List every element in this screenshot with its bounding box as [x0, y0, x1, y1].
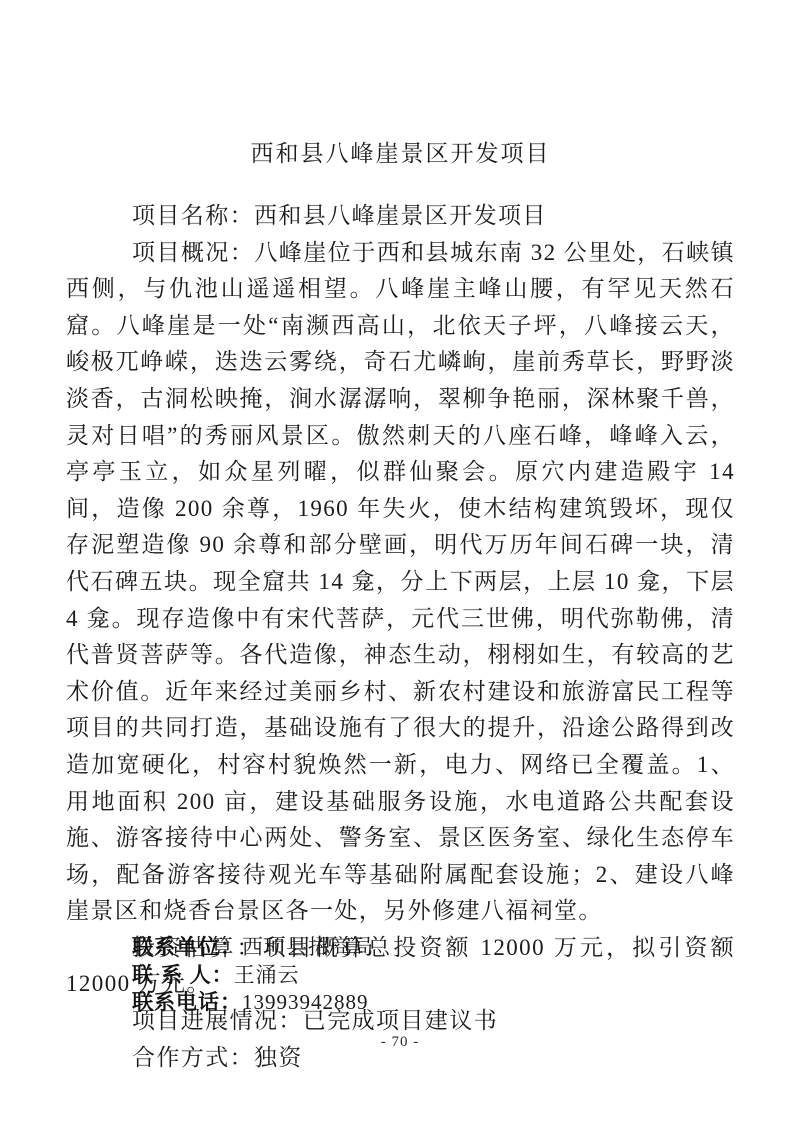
contact-unit-label: 联系单位： [132, 936, 242, 959]
contact-block: 联系单位：西和县招商局 联 系 人：王涌云 联系电话：13993942889 [132, 934, 374, 1017]
page-number: - 70 - [0, 1034, 800, 1051]
contact-phone-value: 13993942889 [242, 990, 369, 1014]
contact-phone-row: 联系电话：13993942889 [132, 989, 374, 1017]
paragraph-project-name: 项目名称：西和县八峰崖景区开发项目 [66, 198, 735, 235]
contact-unit-row: 联系单位：西和县招商局 [132, 934, 374, 962]
contact-unit-value: 西和县招商局 [242, 935, 374, 959]
paragraph-project-overview: 项目概况：八峰崖位于西和县城东南 32 公里处，石峡镇西侧，与仇池山遥遥相望。八… [66, 235, 735, 930]
contact-person-row: 联 系 人：王涌云 [132, 962, 374, 990]
document-title: 西和县八峰崖景区开发项目 [66, 140, 735, 168]
document-page: 西和县八峰崖景区开发项目 项目名称：西和县八峰崖景区开发项目 项目概况：八峰崖位… [0, 0, 800, 1131]
contact-person-value: 王涌云 [234, 963, 300, 987]
contact-phone-label: 联系电话： [132, 991, 242, 1014]
contact-person-label: 联 系 人： [132, 964, 234, 987]
